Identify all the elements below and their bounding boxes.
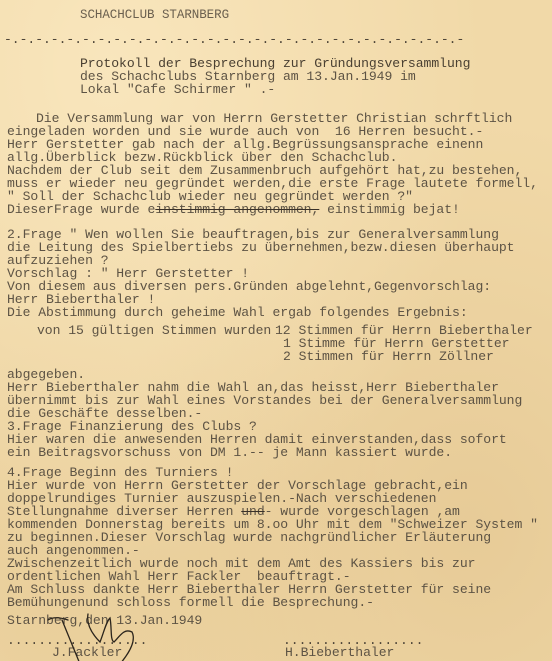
struck-text: instimmig angenommen, bbox=[155, 202, 319, 217]
handwritten-signature-icon bbox=[40, 612, 150, 661]
para1-last-suffix: einstimmig bejat! bbox=[319, 202, 460, 217]
q2-line-7: Die Abstimmung durch geheime Wahl ergab … bbox=[7, 306, 468, 320]
para1-last-prefix: DieserFrage wurde e bbox=[7, 202, 155, 217]
signer-right-name: H.Bieberthaler bbox=[285, 646, 394, 660]
typewritten-protocol-page: SCHACHCLUB STARNBERG -.-.-.-.-.-.-.-.-.-… bbox=[0, 0, 552, 661]
q3-line-3: ein Beitragsvorschuss von DM 1.-- je Man… bbox=[7, 446, 452, 460]
vote-intro: von 15 gültigen Stimmen wurden bbox=[37, 324, 271, 338]
vote-row-3: 2 Stimmen für Herrn Zöllner bbox=[283, 350, 494, 364]
title-line-3: Lokal "Cafe Schirmer " .- bbox=[80, 83, 275, 97]
vote-text: Stimmen für Herrn Zöllner bbox=[299, 349, 494, 364]
para1-line-8: DieserFrage wurde einstimmig angenommen,… bbox=[7, 203, 460, 217]
separator-line: -.-.-.-.-.-.-.-.-.-.-.-.-.-.-.-.-.-.-.-.… bbox=[4, 33, 464, 47]
q4-line-11: Bemühungenund schloss formell die Bespre… bbox=[7, 596, 374, 610]
letterhead: SCHACHCLUB STARNBERG bbox=[80, 8, 229, 22]
vote-count: 2 bbox=[283, 349, 291, 364]
